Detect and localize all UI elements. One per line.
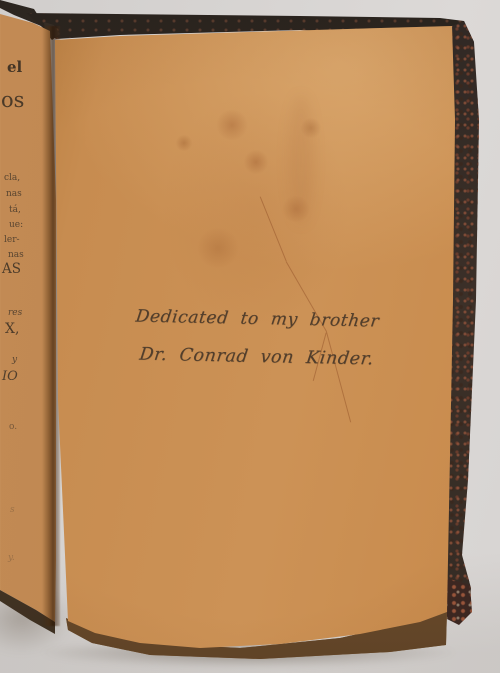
left-page-text-fragment: tá, [9,206,21,215]
left-page-text-fragment: AS [2,263,21,277]
left-page-text-fragment: y [12,356,17,365]
left-page-text-fragment: nas [8,251,24,260]
left-page-text-fragment: res [8,309,22,318]
book-photo: el os cla, nas tá, ue: ler- nas AS res X… [0,0,500,673]
foxing-spot [300,118,322,138]
left-page-text-fragment: ler- [4,236,20,245]
left-page-text-fragment: X, [5,322,19,336]
left-page-text-fragment: y. [8,554,15,563]
foxing-spot [243,150,269,174]
left-page-text-fragment: el [7,60,22,75]
dedication: Dedicated to my brother Dr. Conrad von K… [120,308,393,369]
left-page-text-fragment: cla, [4,174,20,183]
dedication-line-1: Dedicated to my brother [120,308,394,331]
dedication-line-2: Dr. Conrad von Kinder. [120,346,394,369]
foxing-spot [215,110,249,140]
left-page-text-fragment: ue: [9,221,23,230]
foxing-spot [281,196,311,222]
foxing-spot [196,228,240,268]
left-page-text-fragment: os [1,90,24,111]
left-page-text-fragment: s [10,506,15,515]
foxing-spot [175,135,193,151]
dedication-page: Dedicated to my brother Dr. Conrad von K… [0,0,500,673]
left-page-text-fragment: IO [2,370,18,383]
left-page-text-fragment: o. [9,423,17,432]
left-page-text-fragment: nas [6,190,22,199]
